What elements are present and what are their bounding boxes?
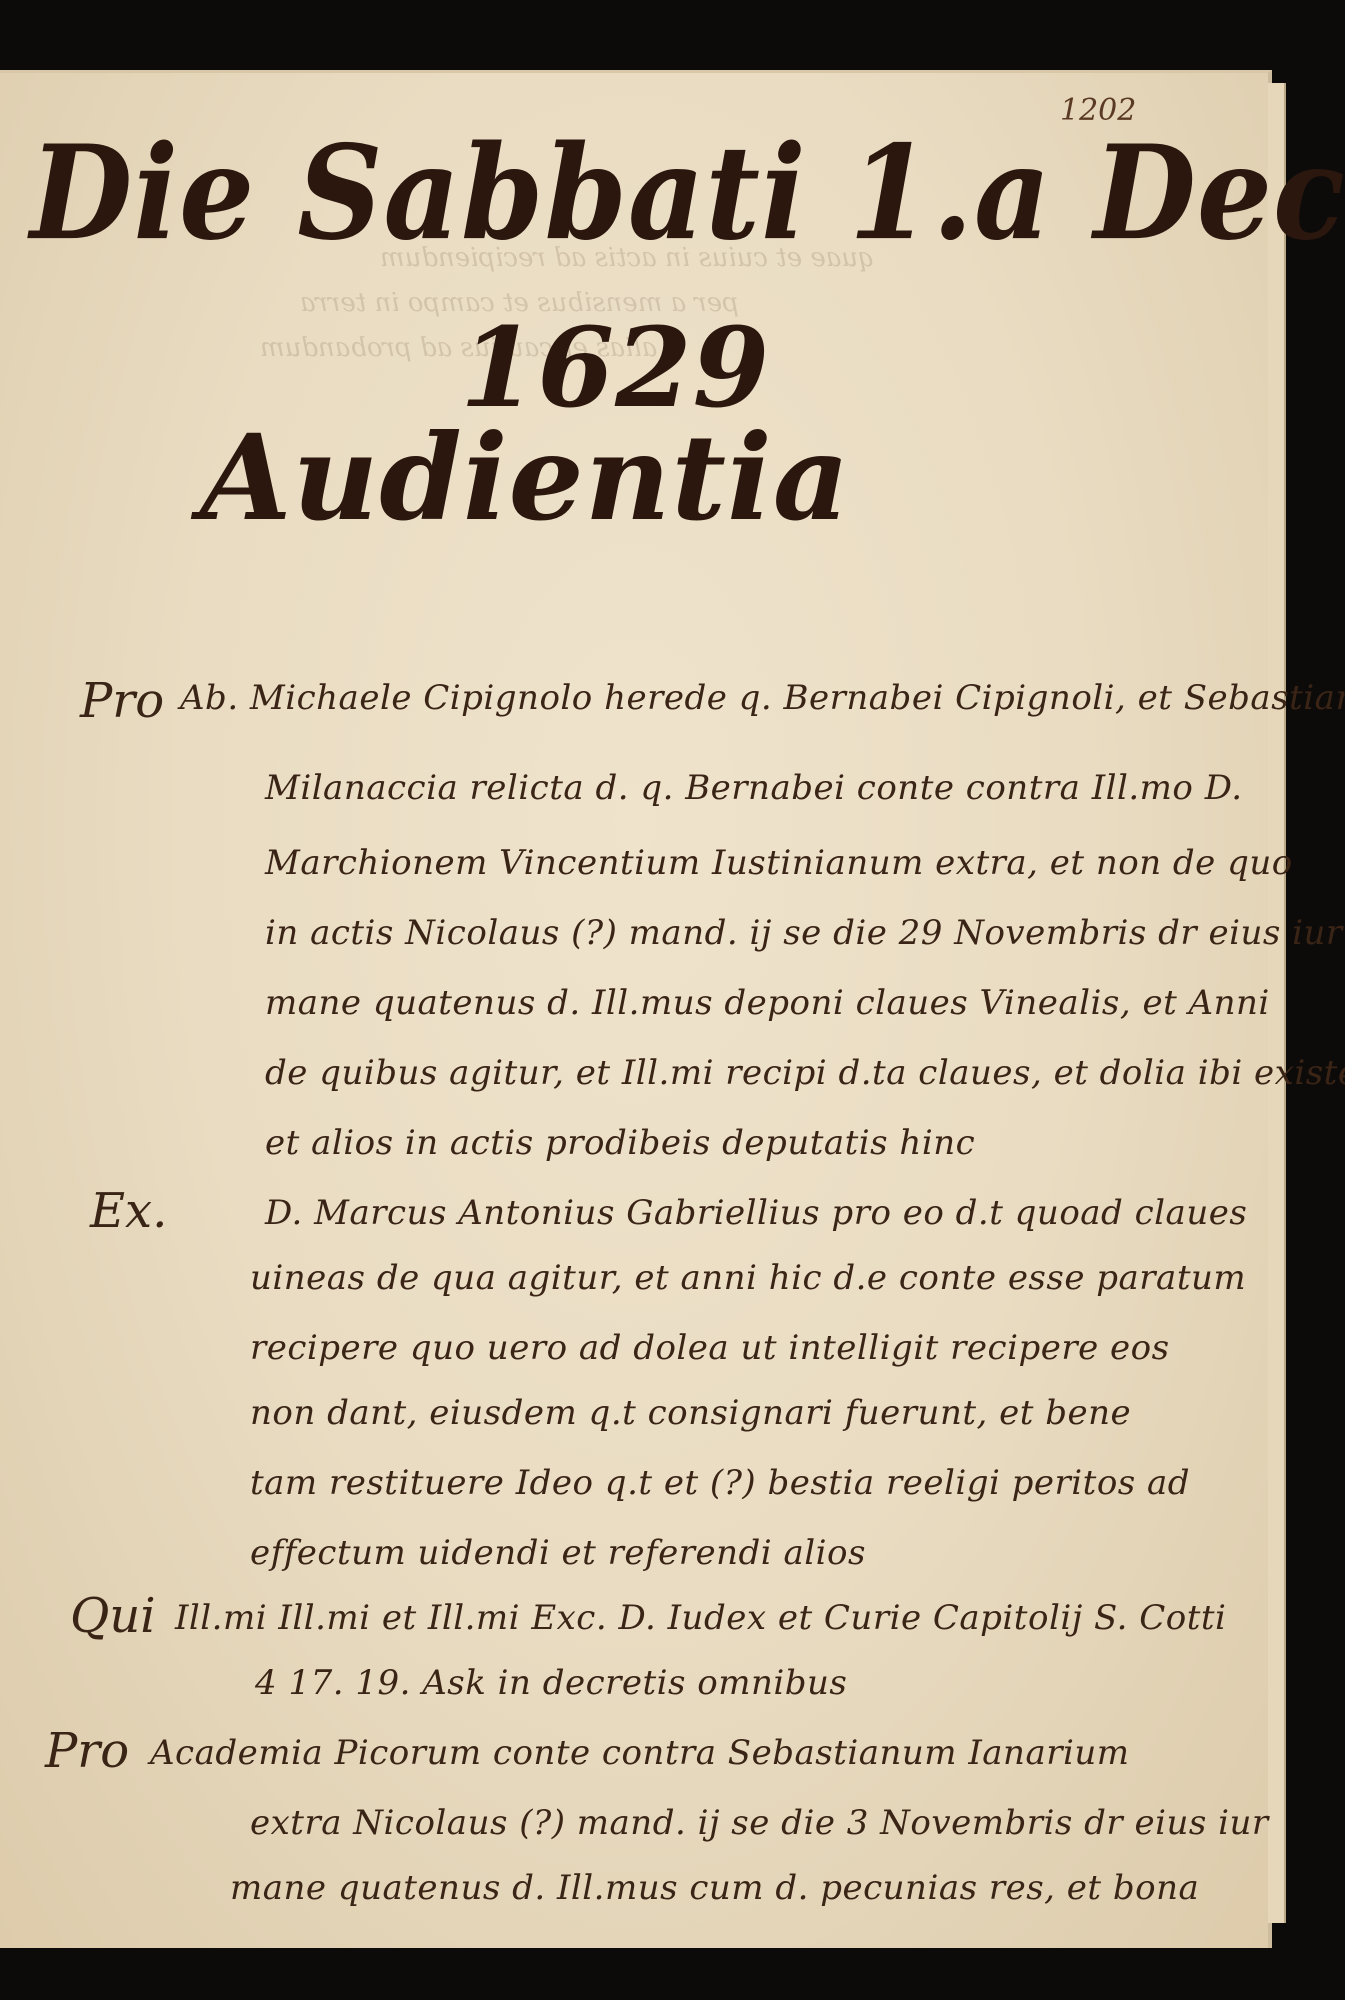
text-line: Ab. Michaele Cipignolo herede q. Bernabe… — [180, 678, 1345, 718]
margin-label-qui: Qui — [70, 1588, 156, 1644]
text-line: mane quatenus d. Ill.mus deponi claues V… — [265, 983, 1270, 1023]
margin-label-pro: Pro — [80, 673, 164, 729]
text-line: effectum uidendi et referendi alios — [250, 1533, 866, 1573]
text-line: Ill.mi Ill.mi et Ill.mi Exc. D. Iudex et… — [175, 1598, 1226, 1638]
text-line: uineas de qua agitur, et anni hic d.e co… — [250, 1258, 1246, 1298]
heading-audientia: Audientia — [200, 408, 850, 547]
text-line: 4 17. 19. Ask in decretis omnibus — [255, 1663, 847, 1703]
page-edge — [1268, 83, 1286, 1923]
margin-label-ex: Ex. — [90, 1183, 167, 1239]
text-line: mane quatenus d. Ill.mus cum d. pecunias… — [230, 1868, 1199, 1908]
text-line: et alios in actis prodibeis deputatis hi… — [265, 1123, 975, 1163]
text-line: Academia Picorum conte contra Sebastianu… — [150, 1733, 1130, 1773]
text-line: recipere quo uero ad dolea ut intelligit… — [250, 1328, 1170, 1368]
text-line: extra Nicolaus (?) mand. ij se die 3 Nov… — [250, 1803, 1269, 1843]
text-line: de quibus agitur, et Ill.mi recipi d.ta … — [265, 1053, 1345, 1093]
text-line: D. Marcus Antonius Gabriellius pro eo d.… — [265, 1193, 1247, 1233]
text-line: tam restituere Ideo q.t et (?) bestia re… — [250, 1463, 1190, 1503]
margin-label-pro: Pro — [45, 1723, 129, 1779]
text-line: in actis Nicolaus (?) mand. ij se die 29… — [265, 913, 1343, 953]
heading-date-line: Die Sabbati 1.a Decembris — [30, 116, 1345, 269]
text-line: non dant, eiusdem q.t consignari fuerunt… — [250, 1393, 1131, 1433]
torn-page-edge — [0, 1928, 1268, 1968]
text-line: Milanaccia relicta d. q. Bernabei conte … — [265, 768, 1243, 808]
text-line: Marchionem Vincentium Iustinianum extra,… — [265, 843, 1293, 883]
manuscript-page: quae et cuius in actis ad recipiendum pe… — [0, 70, 1272, 1948]
